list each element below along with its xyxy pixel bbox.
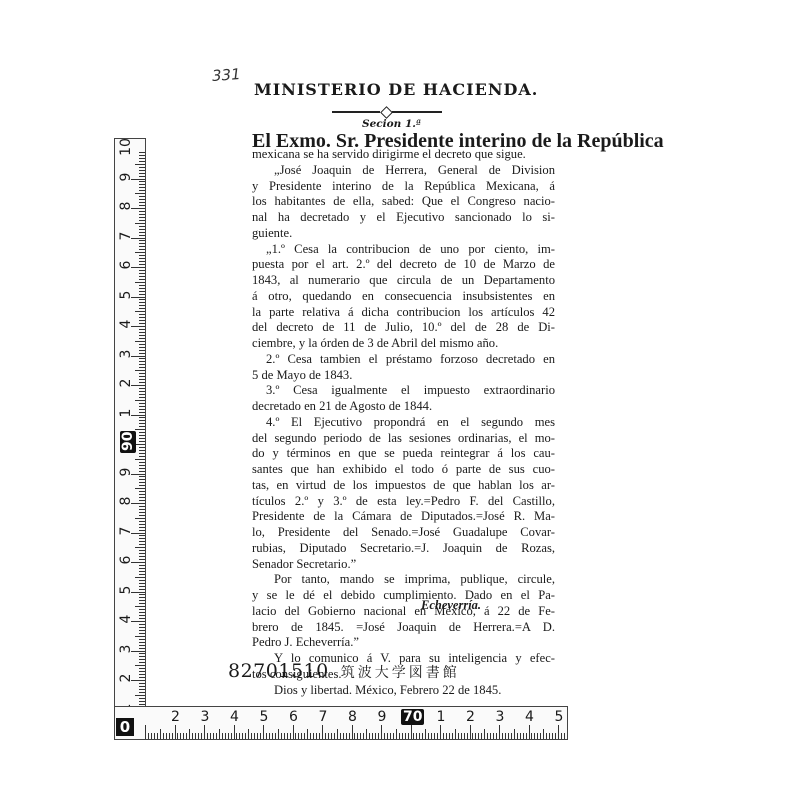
text-line: „José Joaquin de Herrera, General de Div… bbox=[252, 163, 555, 179]
ruler-label: 7 bbox=[319, 709, 328, 725]
ruler-label: 2 bbox=[171, 709, 180, 725]
ruler-origin-label: 0 bbox=[116, 718, 134, 736]
text-line: los habitantes de ella, sabed: Que el Co… bbox=[252, 194, 555, 210]
text-line: ciembre, y la órden de 3 de Abril del mi… bbox=[252, 336, 555, 352]
ruler-label: 2 bbox=[118, 669, 134, 687]
decree-body: El Exmo. Sr. Presidente interino de la R… bbox=[252, 135, 555, 698]
ruler-label: 4 bbox=[118, 610, 134, 628]
text-line: y se le dé el debido cumplimiento. Dado … bbox=[252, 588, 555, 604]
library-stamp: 82701510 筑波大学図書館 bbox=[228, 660, 460, 682]
text-line: Presidente de la Cámara de Diputados.=Jo… bbox=[252, 509, 555, 525]
ruler-label: 4 bbox=[525, 709, 534, 725]
text-line: 3.º Cesa igualmente el impuesto extraord… bbox=[252, 383, 555, 399]
ruler-label: 5 bbox=[118, 581, 134, 599]
text-line: la parte relativa á dicha contribucion l… bbox=[252, 305, 555, 321]
text-line: nal ha decretado y el Ejecutivo sanciona… bbox=[252, 210, 555, 226]
ruler-label: 4 bbox=[230, 709, 239, 725]
text-line: y Presidente interino de la República Me… bbox=[252, 179, 555, 195]
text-line: lo, Presidente del Senado.=José Guadalup… bbox=[252, 525, 555, 541]
text-line: tículos 2.º y 3.º de esta ley.=Pedro F. … bbox=[252, 494, 555, 510]
ruler-label: 8 bbox=[118, 197, 134, 215]
ruler-label: 8 bbox=[348, 709, 357, 725]
text-line: guiente. bbox=[252, 226, 555, 242]
text-line: brero de 1845. =José Joaquin de Herrera.… bbox=[252, 620, 555, 636]
ruler-label: 90 bbox=[120, 431, 136, 453]
text-line: 2.º Cesa tambien el préstamo forzoso dec… bbox=[252, 352, 555, 368]
text-line: rubias, Diputado Secretario.=J. Joaquin … bbox=[252, 541, 555, 557]
text-line: puesta por el art. 2.º del decreto de 10… bbox=[252, 257, 555, 273]
ruler-label: 8 bbox=[118, 492, 134, 510]
ruler-label: 6 bbox=[118, 551, 134, 569]
text-line: 4.º El Ejecutivo propondrá en el segundo… bbox=[252, 415, 555, 431]
text-line: á otro, quedando en consecuencia insubsi… bbox=[252, 289, 555, 305]
text-line: „1.º Cesa la contribucion de uno por cie… bbox=[252, 242, 555, 258]
handwritten-page-number: 331 bbox=[211, 65, 241, 85]
text-line: mexicana se ha servido dirigirme el decr… bbox=[252, 147, 555, 163]
text-line: decretado en 21 de Agosto de 1844. bbox=[252, 399, 555, 415]
ruler-label: 3 bbox=[118, 640, 134, 658]
ruler-label: 9 bbox=[118, 168, 134, 186]
text-line: 1843, al numerario que circula de un Dep… bbox=[252, 273, 555, 289]
ruler-label: 9 bbox=[378, 709, 387, 725]
ruler-label: 6 bbox=[289, 709, 298, 725]
text-line: del segundo periodo de las sesiones ordi… bbox=[252, 431, 555, 447]
text-line: tas, en virtud de los impuestos de que h… bbox=[252, 478, 555, 494]
ruler-label: 5 bbox=[260, 709, 269, 725]
ruler-label: 7 bbox=[118, 522, 134, 540]
text-line: Senador Secretario.” bbox=[252, 557, 555, 573]
vertical-scale-ruler: 1234567899012345678910 bbox=[114, 138, 146, 740]
ruler-label: 3 bbox=[496, 709, 505, 725]
text-line: Dios y libertad. México, Febrero 22 de 1… bbox=[252, 683, 555, 699]
ruler-label: 10 bbox=[118, 138, 134, 156]
text-line: santes que han exhibido el todo ó parte … bbox=[252, 462, 555, 478]
ruler-label: 3 bbox=[201, 709, 210, 725]
signature: Echeverría. bbox=[421, 598, 481, 613]
library-name: 筑波大学図書館 bbox=[341, 662, 460, 682]
accession-number: 82701510 bbox=[228, 660, 329, 682]
text-line: del decreto de 11 de Julio, 10.º del de … bbox=[252, 320, 555, 336]
ruler-label: 3 bbox=[118, 345, 134, 363]
document-title: MINISTERIO DE HACIENDA. bbox=[254, 80, 524, 99]
ruler-label: 6 bbox=[118, 256, 134, 274]
ruler-label: 2 bbox=[466, 709, 475, 725]
ruler-label: 5 bbox=[555, 709, 564, 725]
ruler-label: 7 bbox=[118, 227, 134, 245]
ruler-label: 4 bbox=[118, 315, 134, 333]
title-ornament-divider bbox=[332, 110, 442, 114]
ruler-label: 9 bbox=[118, 463, 134, 481]
ruler-label: 5 bbox=[118, 286, 134, 304]
text-line: El Exmo. Sr. Presidente interino de la R… bbox=[252, 135, 555, 147]
ruler-label: 2 bbox=[118, 374, 134, 392]
ruler-label: 1 bbox=[437, 709, 446, 725]
text-line: 5 de Mayo de 1843. bbox=[252, 368, 555, 384]
ruler-label: 70 bbox=[401, 709, 424, 725]
section-heading: Secion 1.ª bbox=[362, 118, 421, 130]
horizontal-scale-ruler: 234567897012345 bbox=[114, 706, 568, 740]
text-line: Por tanto, mando se imprima, publique, c… bbox=[252, 572, 555, 588]
text-line: lacio del Gobierno nacional en México, á… bbox=[252, 604, 555, 620]
text-line: Pedro J. Echeverría.” bbox=[252, 635, 555, 651]
text-line: do y términos en que se pueda reintegrar… bbox=[252, 446, 555, 462]
ruler-label: 1 bbox=[118, 404, 134, 422]
